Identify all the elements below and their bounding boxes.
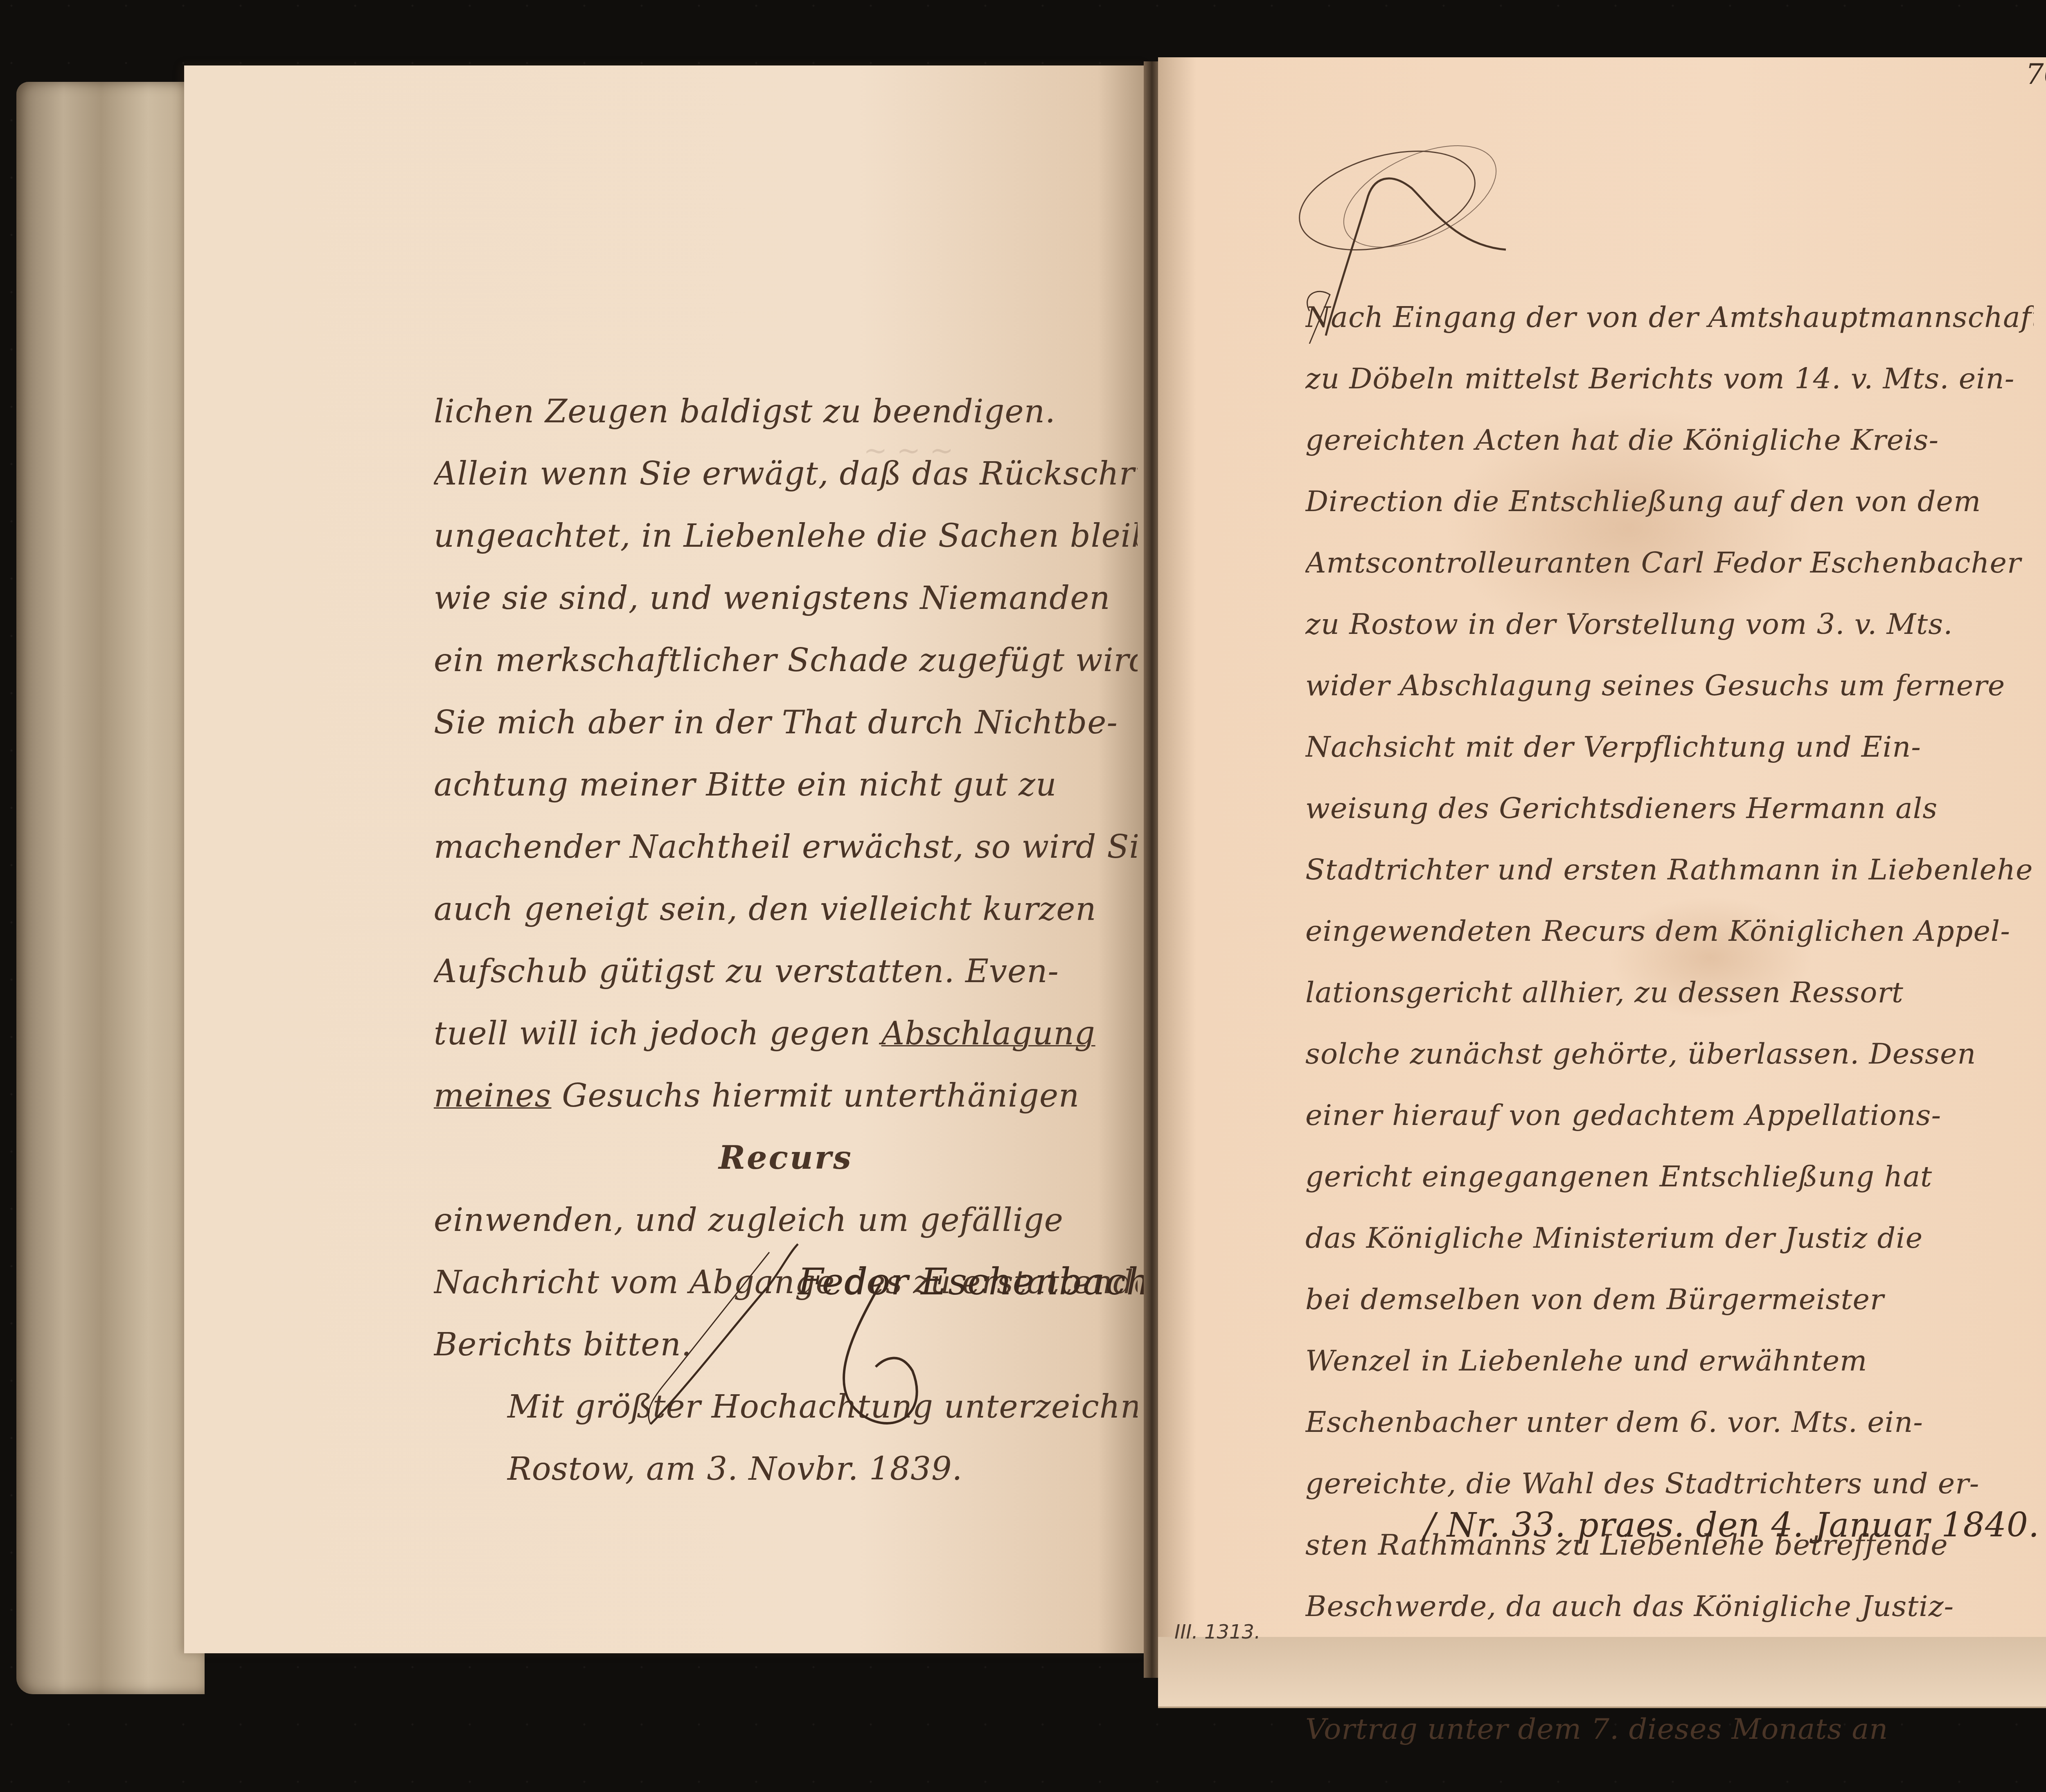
text-line: Aufschub gütigst zu verstatten. Even- xyxy=(434,940,1138,1003)
text-line: Wenzel in Liebenlehe und erwähntem xyxy=(1305,1330,2034,1391)
text-line: Beschwerde, da auch das Königliche Justi… xyxy=(1305,1576,2034,1637)
text-line: solche zunächst gehörte, überlassen. Des… xyxy=(1305,1023,2034,1084)
receipt-note: / Nr. 33. praes. den 4. Januar 1840. xyxy=(1424,1506,2039,1545)
text-line: gereichten Acten hat die Königliche Krei… xyxy=(1305,409,2034,471)
open-book: ~ ~ ~ lichen Zeugen baldigst zu beendige… xyxy=(12,49,2046,1772)
text-line: auch geneigt sein, den vielleicht kurzen xyxy=(434,878,1138,940)
text-line: weisung des Gerichtsdieners Hermann als xyxy=(1305,778,2034,839)
text-line: tuell will ich jedoch gegen Abschlagung xyxy=(434,1003,1138,1065)
text-line: einer hierauf von gedachtem Appellations… xyxy=(1305,1084,2034,1146)
text-line: Nachsicht mit der Verpflichtung und Ein- xyxy=(1305,716,2034,778)
text-line: bei demselben von dem Bürgermeister xyxy=(1305,1269,2034,1330)
place-date: Rostow, am 3. Novbr. 1839. xyxy=(434,1438,1138,1500)
text-line: Eschenbacher unter dem 6. vor. Mts. ein- xyxy=(1305,1391,2034,1453)
text-line: zu Rostow in der Vorstellung vom 3. v. M… xyxy=(1305,593,2034,655)
text-line: eingewendeten Recurs dem Königlichen App… xyxy=(1305,900,2034,962)
left-page: ~ ~ ~ lichen Zeugen baldigst zu beendige… xyxy=(184,65,1146,1653)
text-line: lationsgericht allhier, zu dessen Ressor… xyxy=(1305,962,2034,1023)
right-page: 70. Nach Eingang der von der Amtshauptma… xyxy=(1158,57,2046,1657)
text-line: gericht eingegangenen Entschließung hat xyxy=(1305,1146,2034,1207)
text-line: Direction die Entschließung auf den von … xyxy=(1305,471,2034,532)
underlined-word: Abschlagung xyxy=(881,1015,1095,1052)
text-line: gereichte, die Wahl des Stadtrichters un… xyxy=(1305,1453,2034,1514)
text-line: zu Döbeln mittelst Berichts vom 14. v. M… xyxy=(1305,348,2034,409)
book-gutter xyxy=(1144,61,1160,1678)
text-line: Amtscontrolleuranten Carl Fedor Eschenba… xyxy=(1305,532,2034,593)
archive-signature-mark: III. 1313. xyxy=(1174,1621,1260,1643)
text-line: achtung meiner Bitte ein nicht gut zu xyxy=(434,754,1138,816)
text-line: das Königliche Ministerium der Justiz di… xyxy=(1305,1207,2034,1269)
text-line: wie sie sind, und wenigstens Niemanden xyxy=(434,567,1138,629)
text-line: ungeachtet, in Liebenlehe die Sachen ble… xyxy=(434,505,1138,567)
left-page-stack xyxy=(16,82,205,1694)
recurs-heading: Recurs xyxy=(434,1127,1138,1189)
text-line: Stadtrichter und ersten Rathmann in Lieb… xyxy=(1305,839,2034,900)
text-line: meines Gesuchs hiermit unterthänigen xyxy=(434,1065,1138,1127)
signature: Fedor Eschenbacher xyxy=(798,1260,1191,1303)
text-line: wider Abschlagung seines Gesuchs um fern… xyxy=(1305,655,2034,716)
text-line: ein merkschaftlicher Schade zugefügt wir… xyxy=(434,629,1138,692)
underlined-word: meines xyxy=(434,1077,552,1114)
folio-number: 70. xyxy=(2026,57,2046,91)
text-line: Nach Eingang der von der Amtshauptmannsc… xyxy=(1305,286,2034,348)
text-line: machender Nachtheil erwächst, so wird Si… xyxy=(434,816,1138,878)
text-line: Sie mich aber in der That durch Nichtbe- xyxy=(434,692,1138,754)
text-line: Allein wenn Sie erwägt, daß das Rückschr… xyxy=(434,443,1138,505)
text-line: lichen Zeugen baldigst zu beendigen. xyxy=(434,381,1138,443)
inserted-sheet-edge xyxy=(1158,1637,2046,1708)
